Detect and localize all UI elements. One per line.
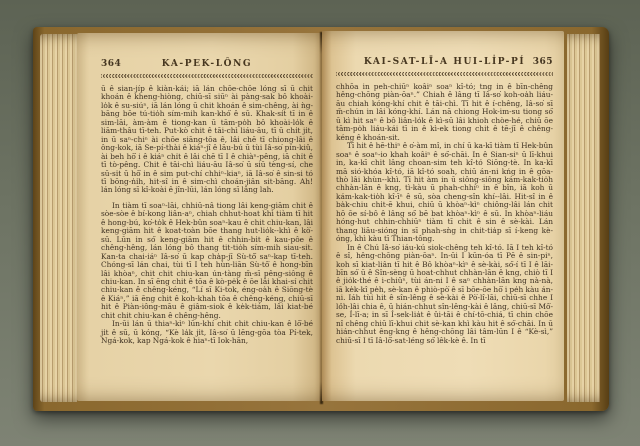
paragraph: In ê Chú Iâ-so͘ iáu-kú siok-chêng teh kî…: [336, 244, 553, 345]
right-page-fore-edges: [567, 34, 600, 402]
left-page-fore-edges: [40, 34, 77, 402]
paragraph: Tī hit ê hē-thiⁿ ê o͘-àm mî, in chí ū ka…: [336, 142, 553, 243]
right-page-number: 365: [533, 57, 553, 67]
paragraph: In-ūi lán ū thiaⁿ-kìⁿ lūn-khí chit chit …: [101, 320, 313, 345]
paragraph: chhōa in peh-chiūⁿ koâiⁿ soaⁿ kî-tó; tng…: [336, 83, 553, 142]
left-page-header-row: 364 KA-PEK-LÔNG: [101, 59, 313, 72]
header-rule: [336, 72, 553, 76]
left-page: 364 KA-PEK-LÔNG ū ê sian-jíp ê kiàn-kái;…: [77, 33, 322, 401]
header-rule: [101, 74, 313, 78]
left-page-number: 364: [101, 59, 121, 69]
open-book: 364 KA-PEK-LÔNG ū ê sian-jíp ê kiàn-kái;…: [33, 27, 609, 411]
right-page: KAI-SAT-LĪ-A HUI-LI̍P-PÍ 365 chhōa in pe…: [322, 31, 564, 401]
left-page-text: ū ê sian-jíp ê kiàn-kái; iā lán chōe-chō…: [101, 85, 313, 346]
paragraph: ū ê sian-jíp ê kiàn-kái; iā lán chōe-chō…: [101, 85, 313, 195]
paragraph: In tiàm tī soaⁿ-lāi, chhiū-nâ tiong lâi …: [101, 202, 313, 320]
photo-background: 364 KA-PEK-LÔNG ū ê sian-jíp ê kiàn-kái;…: [0, 0, 640, 446]
left-page-running-title: KA-PEK-LÔNG: [101, 59, 313, 69]
right-page-text: chhōa in peh-chiūⁿ koâiⁿ soaⁿ kî-tó; tng…: [336, 83, 553, 345]
right-page-header-row: KAI-SAT-LĪ-A HUI-LI̍P-PÍ 365: [336, 57, 553, 70]
right-page-running-title: KAI-SAT-LĪ-A HUI-LI̍P-PÍ: [336, 57, 553, 67]
